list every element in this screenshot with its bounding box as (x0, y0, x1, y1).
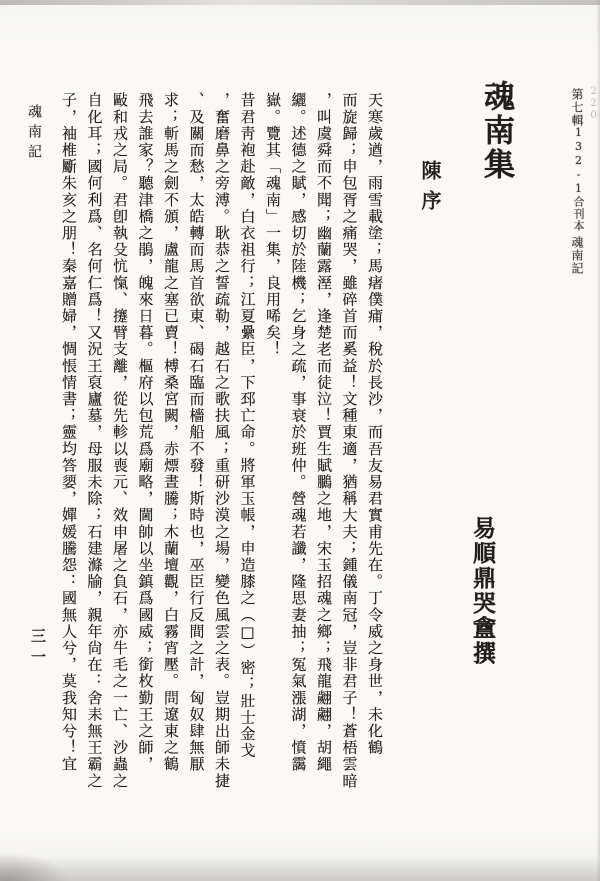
scan-edge-top (0, 0, 600, 5)
scan-edge-right (596, 0, 600, 881)
text-column: 自化耳；國何利爲、名何仁爲！又況王裒廬墓，母服未除；石建滌牏，親年尙在：舍耒無王… (83, 92, 107, 808)
text-column: ，叫虞舜而不聞；幽蘭露溼，逢楚老而徒泣！賈生賦鵩之地，宋玉招魂之鄉；飛龍翽翽，胡… (312, 92, 336, 808)
preface-label: 陳序 (416, 160, 445, 250)
page-number: 三一 (28, 628, 49, 688)
text-column: 纚。述德之賦，感切於陸機；乞身之疏，事衰於班仲。營魂若讖，隆思妻抽；冤氣漲湖，憤… (287, 92, 311, 808)
book-author: 易順鼎哭盦撰 (466, 516, 499, 686)
running-header-series: 第七輯 (566, 88, 586, 127)
running-header-volume: 132-1合刊本 (566, 126, 586, 232)
edge-page-number: 220 (588, 86, 599, 122)
text-column: ，奮磨鼻之旁溥。耿恭之誓疏勒，越石之歌扶風；重研沙漠之場，變色風雲之表。豈期出師… (210, 92, 234, 808)
scan-smudge-corner (0, 852, 70, 881)
text-column: 而旋歸；申包胥之痛哭，雖碎首而奚益！文種東適，猶稱大夫；鍾儀南冠，豈非君子！蒼梧… (338, 92, 362, 808)
text-column: 求；斬馬之劍不頒，盧龍之塞已賣！榑桑宮闕，赤熛晝騰；木蘭壇觀，白霧宵壓。問遼東之… (159, 92, 183, 808)
text-column: 敺和戎之局。君卽執殳忼愾、攓臂支離，從先軫以喪元、效申屠之負石，亦牛毛之一亡、沙… (108, 92, 132, 808)
running-header-booklet-title: 魂南記 (566, 236, 586, 275)
book-title: 魂南集 (474, 80, 519, 200)
spine-label: 魂南記 (24, 104, 44, 194)
text-column: 、及關而愁，太皓轉而馬首欲東、碣石臨而檣船不發！斯時也，巫臣行反間之計，匈奴肆無… (185, 92, 209, 808)
text-column: 天寒歲遒，雨雪載塗；馬瘏僕痡，稅於長沙，而吾友易君實甫先在。丁令威之身世，未化鶴 (363, 92, 387, 808)
text-column: 飛去誰家？聽津橋之鵑，魄來日暮。樞府以包荒爲廟略，閫帥以坐鎮爲國威；銜枚勤王之師… (134, 92, 158, 808)
text-column: 昔君靑袍赴敵，白衣祖行；江夏纍臣，下邳亡命。將軍玉帳，申造膝之（□）密；壯士金戈 (236, 92, 260, 808)
scan-edge-bottom (0, 856, 600, 881)
text-column: 子，袖椎斸朱亥之朋！秦嘉贈婦，惆悵情書；靈均答媭，嬋媛騰怨：國無人兮，莫我知兮！… (57, 92, 81, 808)
scanned-book-page: 第七輯 132-1合刊本 魂南記 220 魂南集 易順鼎哭盦撰 陳序 天寒歲遒，… (0, 0, 600, 881)
text-column: 嶽。覽其「魂南」一集，良用唏矣！ (261, 92, 285, 808)
